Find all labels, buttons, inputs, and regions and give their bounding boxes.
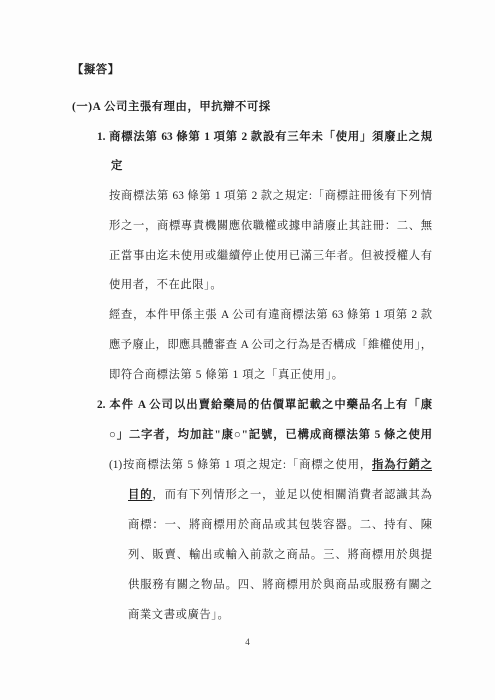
item-2-sub-1-line-2-text: ，而有下列情形之一，並足以使相關消費者認識其為 <box>152 489 432 501</box>
item-2-sub-1-line-2: 目的，而有下列情形之一，並足以使相關消費者認識其為 <box>128 488 432 503</box>
item-1-para-2-line-1: 經查，本件甲係主張 A 公司有違商標法第 63 條第 1 項第 2 款 <box>109 308 432 323</box>
item-2-sub-1-line-3: 商標：一、將商標用於商品或其包裝容器。二、持有、陳 <box>128 518 432 533</box>
emphasis-purpose: 目的 <box>128 489 152 501</box>
item-2-sub-1-line-6: 商業文書或廣告」。 <box>128 608 229 623</box>
item-1-para-2-line-2: 應予廢止，即應具體審查 A 公司之行為是否構成「維權使用」， <box>109 338 432 353</box>
item-2-heading-line-1: 2. 本件 A 公司以出賣給藥局的估價單記載之中藥品名上有「康 <box>97 398 432 413</box>
item-2-heading-line-2: ○」二字者，均加註"康○"記號，已構成商標法第 5 條之使用 <box>109 428 432 443</box>
item-2-sub-1-line-4: 列、販賣、輸出或輸入前款之商品。三、將商標用於與提 <box>128 548 432 563</box>
item-1-para-1-line-4: 使用者，不在此限」。 <box>109 278 222 293</box>
item-1-heading-text: 商標法第 63 條第 1 項第 2 款設有三年未「使用」須廢止之規 <box>109 131 432 143</box>
item-2-sub-1-line-1: (1)按商標法第 5 條第 1 項之規定:「商標之使用，指為行銷之 <box>109 458 432 473</box>
item-2-sub-1-line-1-text: 按商標法第 5 條第 1 項之規定:「商標之使用， <box>122 459 372 471</box>
answer-title: 【擬答】 <box>72 63 120 78</box>
document-page: 【擬答】 (一)A 公司主張有理由，甲抗辯不可採 1. 商標法第 63 條第 1… <box>0 0 495 700</box>
item-1-number: 1. <box>97 131 105 143</box>
section-1-heading: (一)A 公司主張有理由，甲抗辯不可採 <box>72 100 271 115</box>
item-2-number: 2. <box>97 399 105 411</box>
item-1-para-2-line-3: 即符合商標法第 5 條第 1 項之「真正使用」。 <box>109 368 344 383</box>
item-2-heading-text: 本件 A 公司以出賣給藥局的估價單記載之中藥品名上有「康 <box>109 399 432 411</box>
item-1-heading-line-2: 定 <box>111 159 123 174</box>
item-1-para-1-line-1: 按商標法第 63 條第 1 項第 2 款之規定:「商標註冊後有下列情 <box>109 189 432 204</box>
item-2-sub-1-marker: (1) <box>109 459 122 471</box>
item-2-sub-1-line-5: 供服務有關之物品。四、將商標用於與商品或服務有關之 <box>128 578 432 593</box>
page-number: 4 <box>0 637 495 647</box>
item-1-para-1-line-3: 正當事由迄未使用或繼續停止使用已滿三年者。但被授權人有 <box>109 249 432 264</box>
item-1-heading-line-1: 1. 商標法第 63 條第 1 項第 2 款設有三年未「使用」須廢止之規 <box>97 130 432 145</box>
item-1-para-1-line-2: 形之一，商標專責機關應依職權或據申請廢止其註冊：二、無 <box>109 219 432 234</box>
emphasis-for-marketing-purpose: 指為行銷之 <box>372 459 432 471</box>
